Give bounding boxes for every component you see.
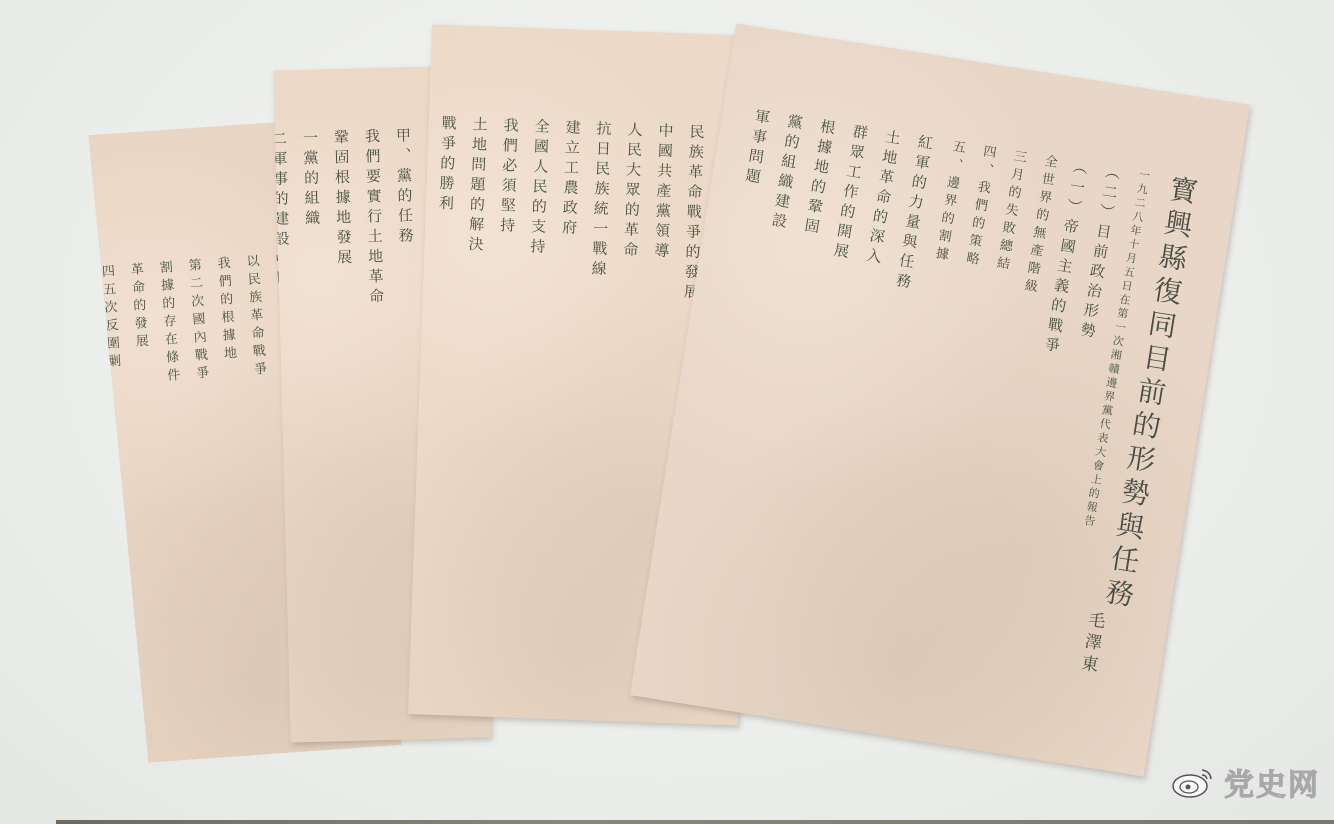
manuscript-photo: 剝削的收入是打倒的 以工人農民為主體 中國革命的特點 以民族革命戰爭 我們的根據… xyxy=(0,0,1334,824)
text-column: 全國人民的支持 xyxy=(526,118,553,299)
text-column: 革命的發展 xyxy=(125,262,155,425)
text-column: 我們的根據地 xyxy=(212,256,242,419)
watermark: 党史网 xyxy=(1170,760,1320,804)
bottom-edge xyxy=(56,820,1334,824)
signature: 毛澤東 xyxy=(1074,609,1109,678)
page-4-text: 寳興縣復同目前的形勢與任務 一九二八年十月五日在第一次湘贛邊界黨代表大會上的報告… xyxy=(684,107,1204,615)
text-column: 我們要實行土地革命 xyxy=(362,128,388,308)
manuscript-page-4: 寳興縣復同目前的形勢與任務 一九二八年十月五日在第一次湘贛邊界黨代表大會上的報告… xyxy=(630,24,1250,777)
text-column: 人民大眾的革命 xyxy=(619,121,646,302)
text-column: 一黨的組織 xyxy=(300,130,326,310)
weibo-logo-icon xyxy=(1170,764,1218,800)
text-column: 第二次國內戰爭 xyxy=(183,258,213,421)
text-column: 戰爭的勝利 xyxy=(433,115,460,296)
text-column: 以民族革命戰爭 xyxy=(241,253,271,416)
text-column: 中國共產黨領導 xyxy=(650,122,677,303)
text-column: 四五次反圍剿 xyxy=(96,264,126,427)
text-column: 鞏固根據地發展 xyxy=(331,129,357,309)
page-3-text: 我們的任務 民族革命戰爭的發展 中國共產黨領導 人民大眾的革命 抗日民族統一戰線… xyxy=(408,113,739,306)
text-column: 革命形勢高漲 xyxy=(88,266,97,429)
text-column: 建立工農政府 xyxy=(557,119,584,300)
watermark-text: 党史网 xyxy=(1224,760,1320,804)
text-column: 我們必須堅持 xyxy=(495,117,522,298)
text-column: 抗日民族統一戰線 xyxy=(588,120,615,301)
text-column: 割據的存在條件 xyxy=(154,260,184,423)
text-column: 土地問題的解決 xyxy=(464,116,491,297)
text-column: 甲、黨的任務 xyxy=(393,127,419,307)
